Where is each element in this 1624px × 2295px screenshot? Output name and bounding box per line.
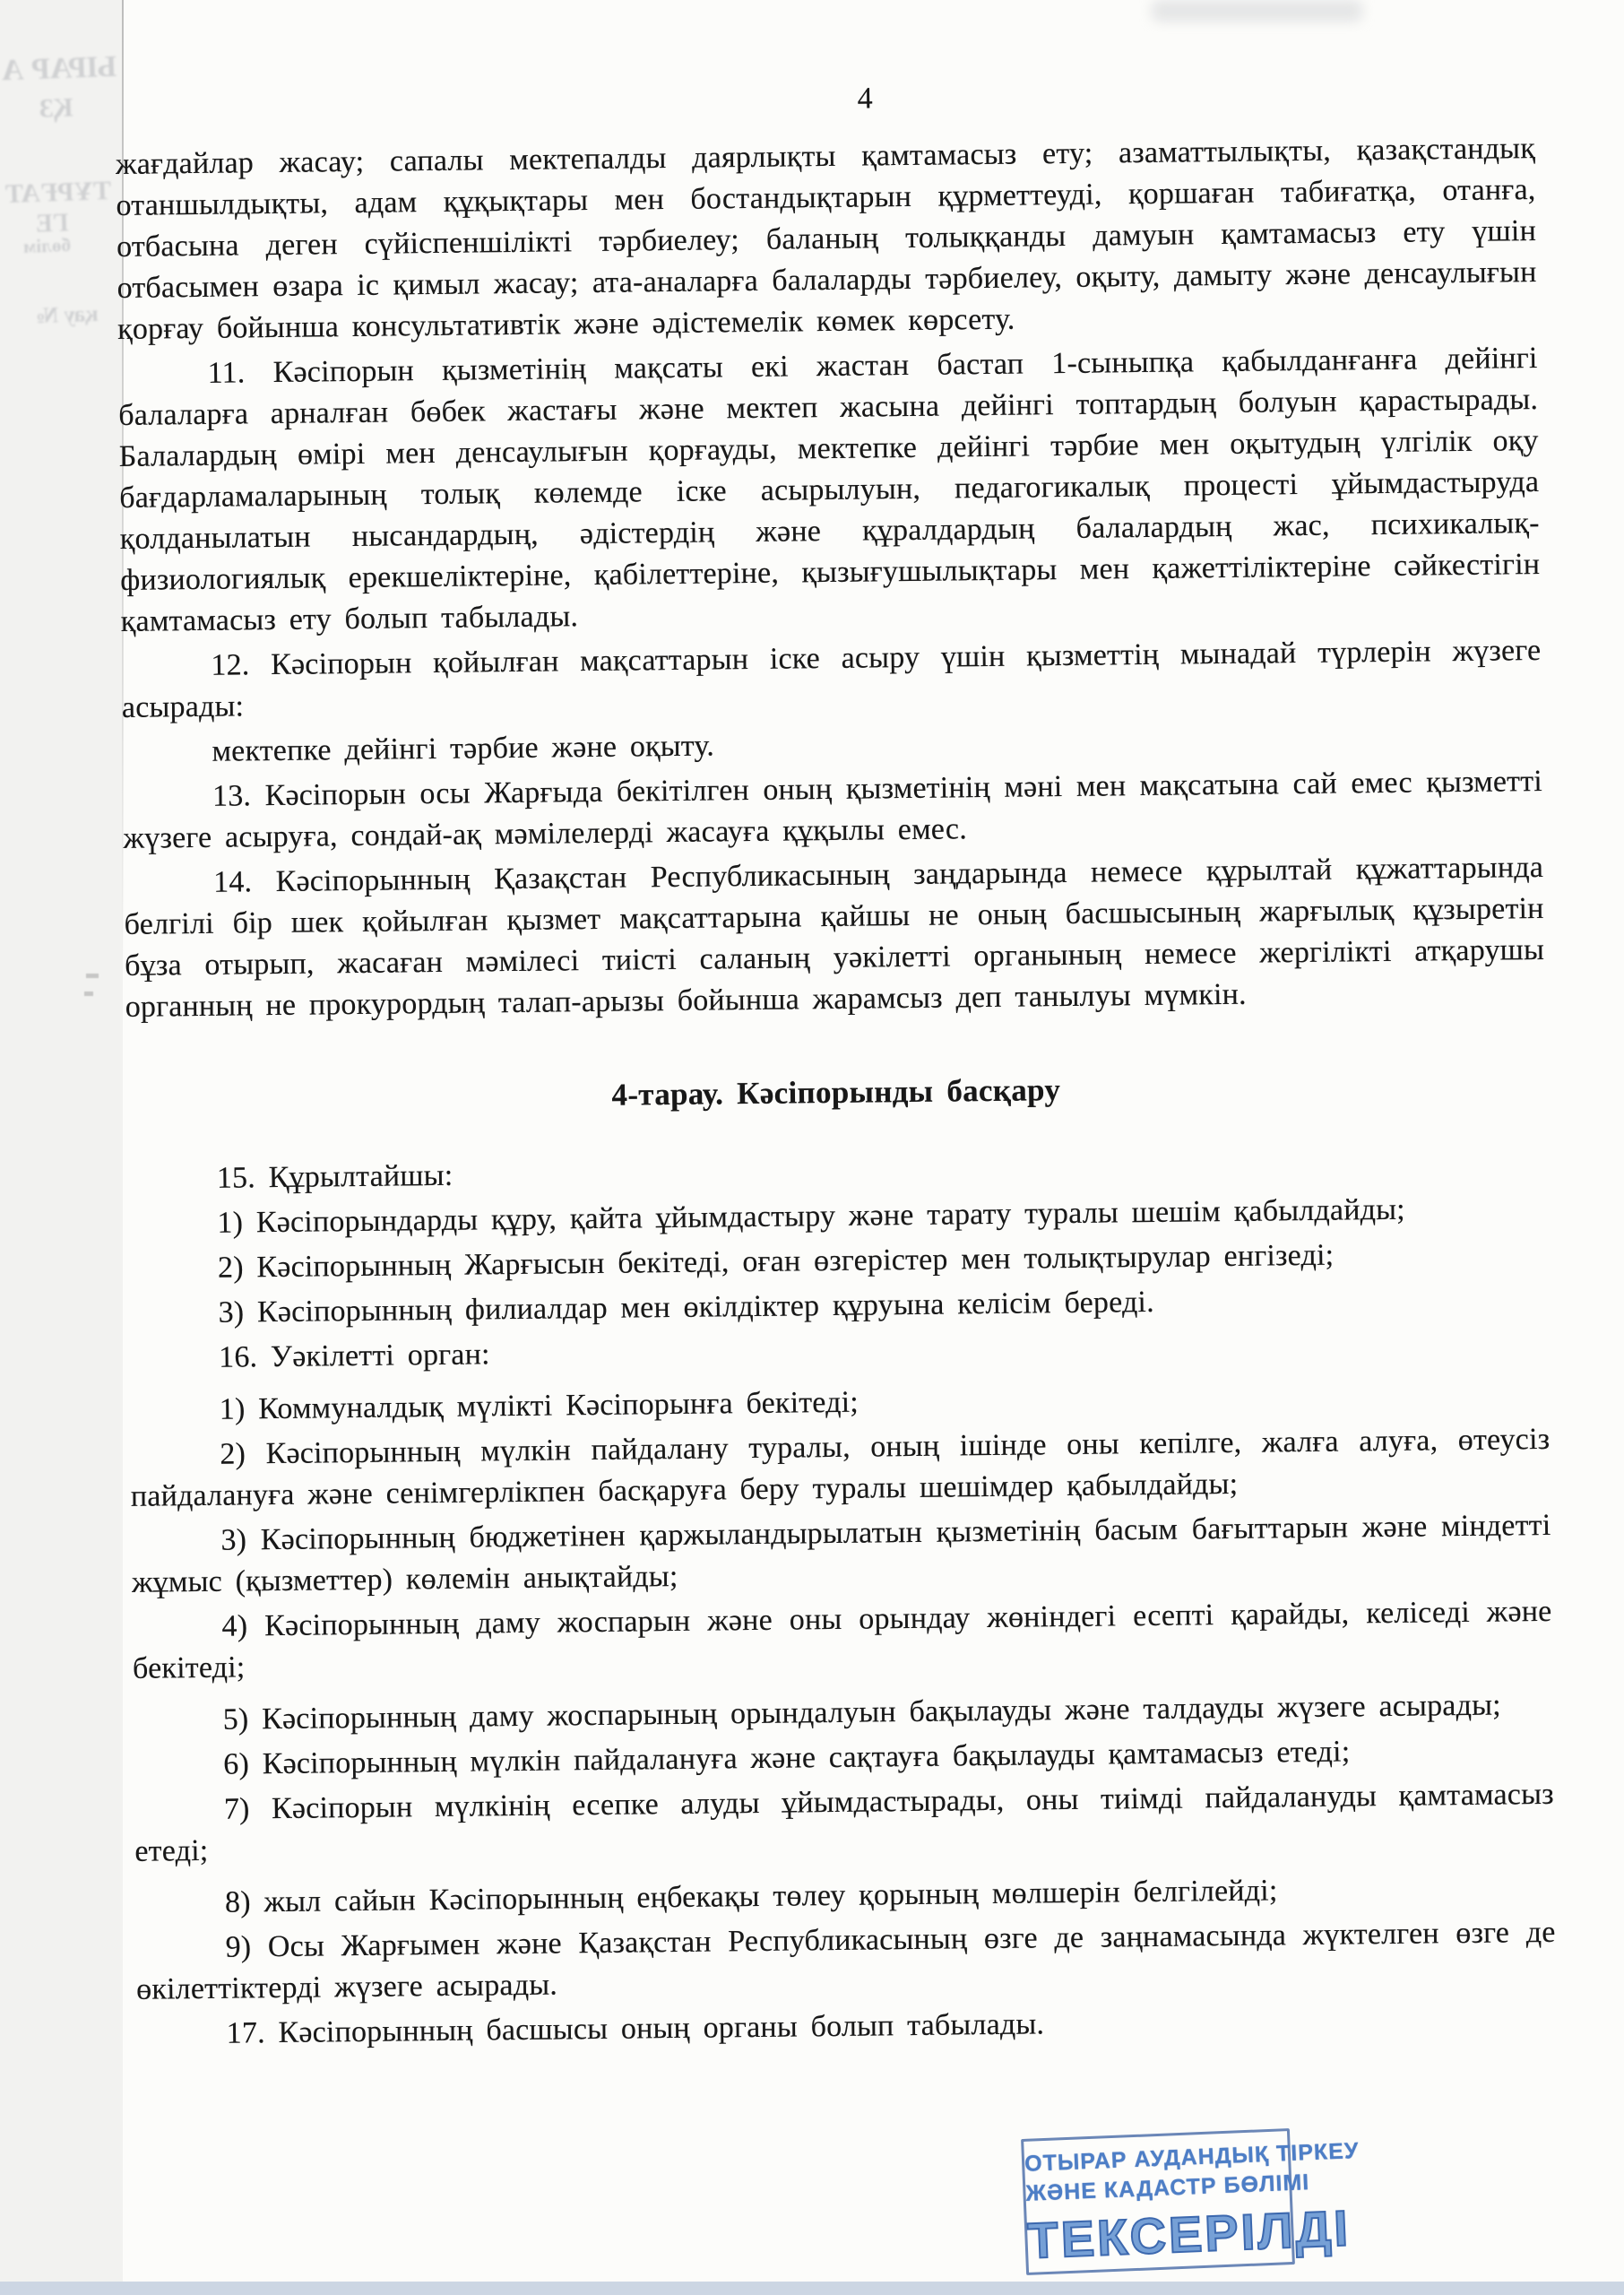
scan-ghost-text: бөлім: [23, 234, 72, 258]
scanned-document-page: ЫРАР А ҚЗ ТҰРҒАТ ГЕ бөлім қау № 4 жағдай…: [0, 0, 1624, 2295]
paragraph-14: 14. Кәсіпорынның Қазақстан Республикасын…: [124, 847, 1545, 1028]
registry-stamp: ОТЫРАР АУДАНДЫҚ ТІРКЕУ ЖӘНЕ КАДАСТР БӨЛІ…: [1021, 2128, 1295, 2275]
scan-ghost-text: ЫРАР А: [1, 50, 117, 88]
scan-ghost-text: ҚЗ: [39, 92, 73, 124]
paragraph-16-item-3: 3) Кәсіпорынның бюджетінен қаржыландырыл…: [131, 1505, 1551, 1604]
scan-speck: [86, 974, 99, 978]
paragraph-intro: жағдайлар жасау; сапалы мектепалды даярл…: [116, 128, 1538, 351]
paragraph-16-item-7: 7) Кәсіпорын мүлкінің есепке алуды ұйымд…: [134, 1774, 1555, 1873]
paragraph-16-item-2: 2) Кәсіпорынның мүлкін пайдалану туралы,…: [130, 1419, 1551, 1518]
document-text-column: 4 жағдайлар жасау; сапалы мектепалды дая…: [115, 71, 1557, 2059]
scan-speck: [84, 992, 93, 996]
scan-bottom-band: [0, 2282, 1624, 2295]
paragraph-12: 12. Кәсіпорын қойылған мақсаттарын іске …: [121, 630, 1542, 729]
paragraph-13: 13. Кәсіпорын осы Жарғыда бекітілген оны…: [123, 761, 1543, 860]
page-number: 4: [115, 71, 1534, 128]
scan-top-smudge: [1152, 0, 1362, 22]
scan-ghost-text: қау №: [36, 302, 99, 329]
paragraph-11: 11. Кәсіпорын қызметінің мақсаты екі жас…: [117, 338, 1541, 643]
paragraph-16-item-4: 4) Кәсіпорынның даму жоспарын және оны о…: [132, 1591, 1552, 1690]
scan-left-margin-strip: [0, 0, 123, 2295]
paragraph-16-item-9: 9) Осы Жарғымен және Қазақстан Республик…: [135, 1912, 1556, 2011]
stamp-verified-text: ТЕКСЕРІЛДІ: [1026, 2204, 1291, 2268]
scan-ghost-text: ТҰРҒАТ: [4, 176, 111, 210]
chapter-heading: 4-тарау. Кәсіпорынды басқару: [126, 1064, 1546, 1122]
